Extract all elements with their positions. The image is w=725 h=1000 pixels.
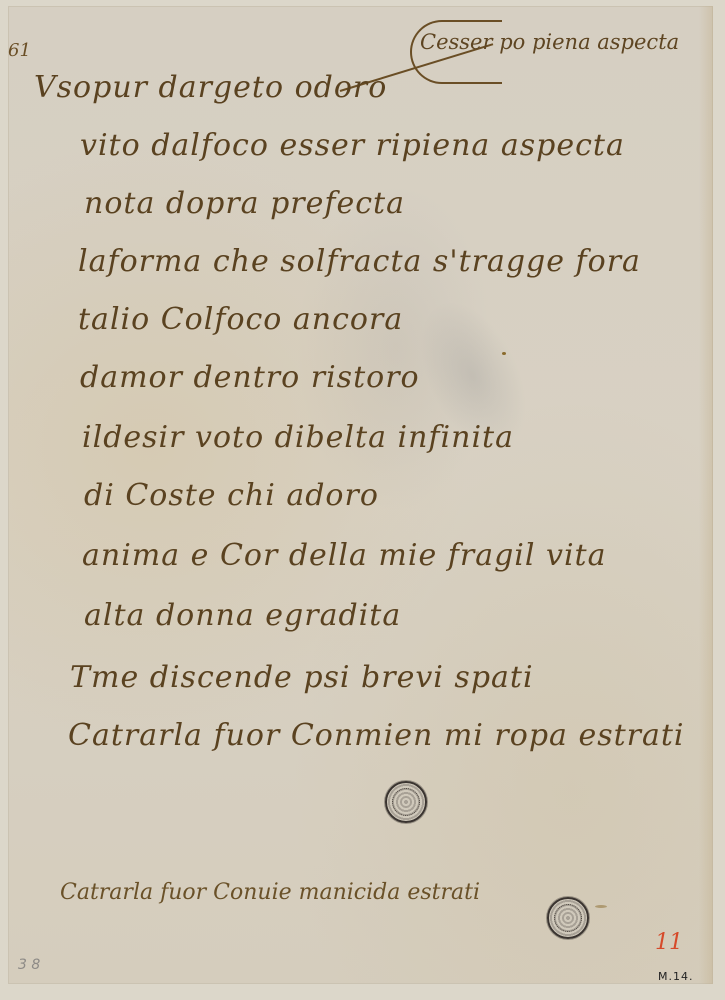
ink-speck: [502, 352, 506, 355]
verse-line-11: Tme discende psi brevi spati: [70, 660, 534, 695]
verse-line-9: anima e Cor della mie fragil vita: [82, 538, 607, 573]
library-stamp-icon: [385, 781, 427, 823]
ink-speck: [595, 905, 607, 908]
folio-number: 61: [8, 40, 31, 61]
verse-line-4: laforma che solfracta s'tragge fora: [78, 244, 641, 279]
verse-line-3: nota dopra prefecta: [84, 186, 405, 221]
margin-note: Cesser po piena aspecta: [420, 30, 679, 54]
verse-line-5: talio Colfoco ancora: [78, 302, 403, 337]
pencil-mark: 3 8: [18, 957, 40, 973]
verse-line-6: damor dentro ristoro: [80, 360, 420, 395]
verse-line-8: di Coste chi adoro: [84, 478, 379, 513]
verse-line-10: alta donna egradita: [84, 598, 401, 633]
red-folio-number: 11: [655, 930, 683, 955]
verse-line-12: Catrarla fuor Conmien mi ropa estrati: [68, 718, 685, 753]
library-stamp-icon: [547, 897, 589, 939]
mount-background: 61 Cesser po piena aspecta Vsopur darget…: [0, 0, 725, 1000]
verse-line-7: ildesir voto dibelta infinita: [82, 420, 514, 455]
verse-line-1: Vsopur dargeto odoro: [34, 70, 387, 105]
verse-line-2: vito dalfoco esser ripiena aspecta: [80, 128, 625, 163]
footer-variant-line: Catrarla fuor Conuie manicida estrati: [60, 880, 480, 905]
catalog-mark: M.14.: [658, 970, 693, 983]
